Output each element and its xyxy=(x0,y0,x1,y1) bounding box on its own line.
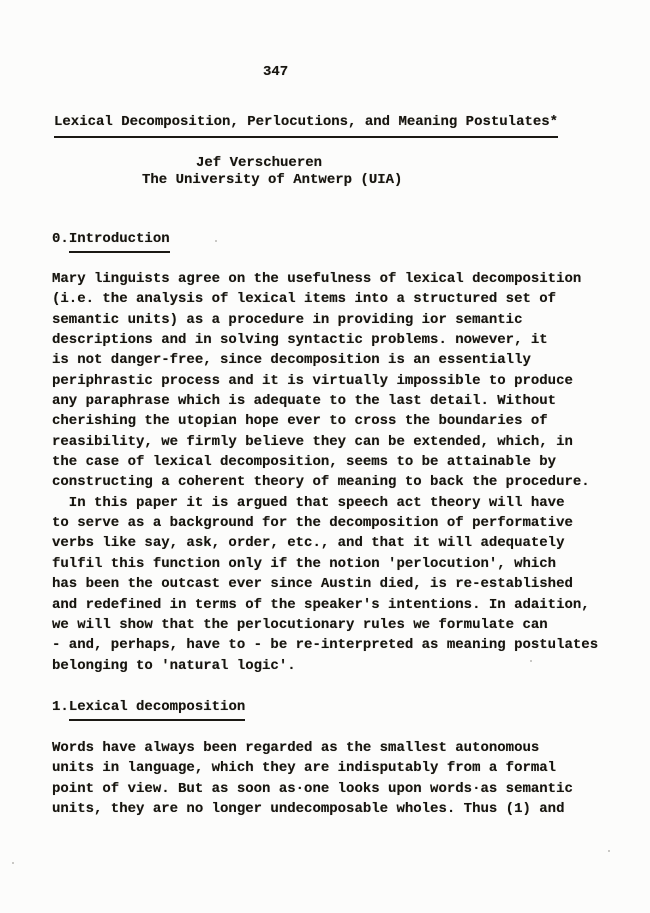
section-0-number: 0. xyxy=(52,231,69,247)
scan-speck xyxy=(608,850,610,852)
page-number: 347 xyxy=(263,62,288,82)
section-0-heading-text: Introduction xyxy=(69,229,170,253)
section-1-body: Words have always been regarded as the s… xyxy=(52,738,573,819)
author-affiliation: The University of Antwerp (UIA) xyxy=(142,170,402,190)
section-0-heading: 0.Introduction xyxy=(52,229,170,253)
section-0-body: Mary linguists agree on the usefulness o… xyxy=(52,269,598,676)
section-1-heading: 1.Lexical decomposition xyxy=(52,697,245,721)
paper-title: Lexical Decomposition, Perlocutions, and… xyxy=(54,112,558,138)
scan-speck xyxy=(12,862,14,864)
scan-speck xyxy=(215,240,217,242)
paper-title-text: Lexical Decomposition, Perlocutions, and… xyxy=(54,112,558,138)
section-1-number: 1. xyxy=(52,699,69,715)
section-1-heading-text: Lexical decomposition xyxy=(69,697,245,721)
scan-speck xyxy=(530,660,532,662)
